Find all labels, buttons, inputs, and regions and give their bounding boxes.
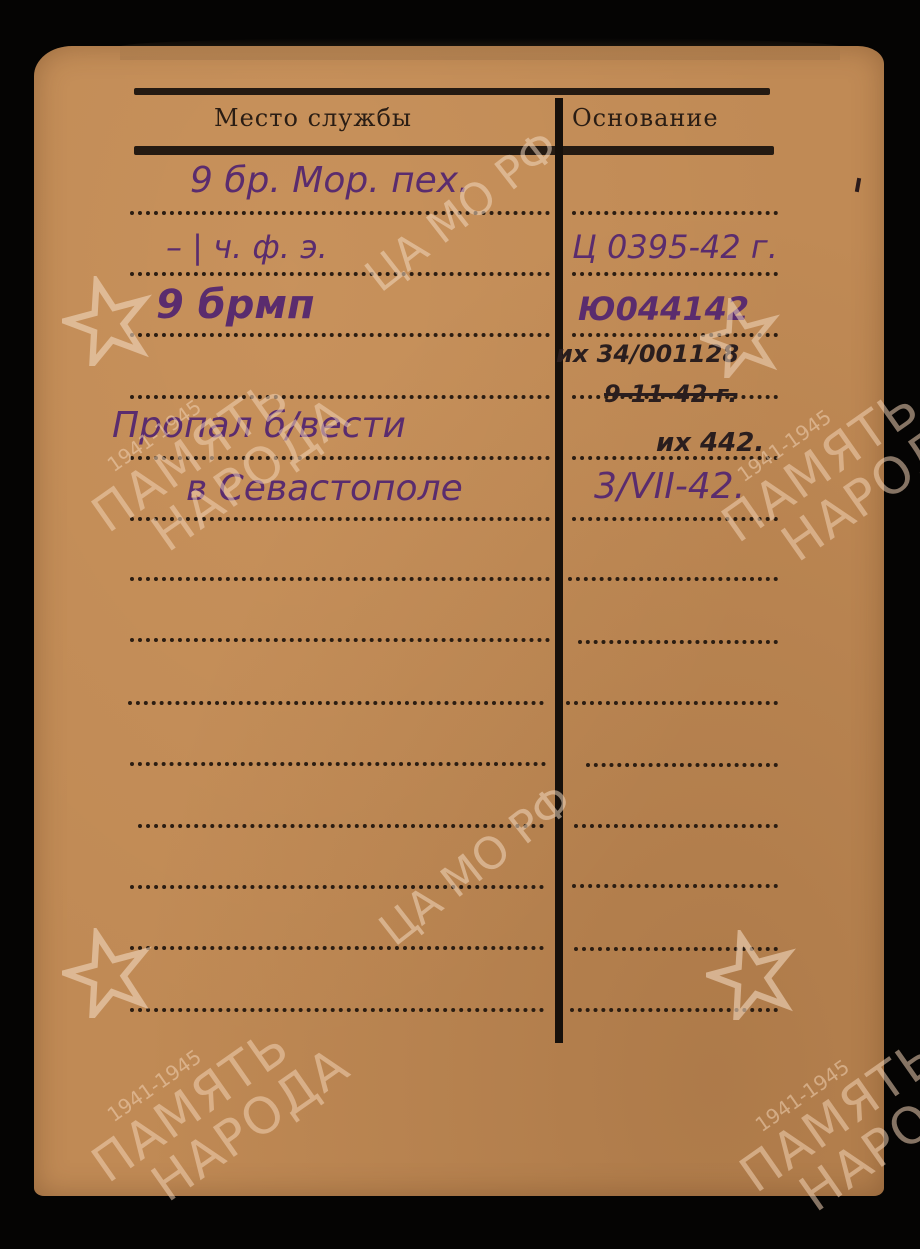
dotted-line: [130, 1008, 544, 1012]
basis-ref-3: их 34/001128: [556, 340, 739, 368]
dotted-line: [130, 333, 550, 337]
dotted-line: [586, 763, 778, 767]
dotted-line: [128, 701, 544, 705]
dotted-line: [568, 577, 778, 581]
column-header-place-of-service: Место службы: [214, 104, 412, 132]
column-divider: [555, 98, 563, 1043]
entry-unit: 9 бр. Мор. пех.: [190, 160, 470, 201]
dotted-line: [130, 577, 550, 581]
column-header-basis: Основание: [572, 104, 719, 132]
dotted-line: [572, 272, 778, 276]
entry-location: в Севастополе: [186, 468, 463, 509]
dotted-line: [572, 517, 778, 521]
dotted-line: [566, 701, 778, 705]
dotted-line: [578, 640, 778, 644]
dotted-line: [130, 517, 550, 521]
dotted-line: [572, 884, 778, 888]
basis-ref-4: их 442.: [656, 428, 764, 458]
dotted-line: [574, 824, 778, 828]
dotted-line: [130, 762, 546, 766]
dotted-line: [130, 272, 550, 276]
dotted-line: [130, 456, 550, 460]
dotted-line: [572, 333, 778, 337]
entry-status: Пропал б/вести: [112, 405, 406, 446]
header-top-rule: [134, 88, 770, 95]
dotted-line: [130, 638, 550, 642]
basis-ref-2: Ю044142: [578, 290, 749, 328]
basis-date-struck: 9-11-42 г.: [604, 380, 737, 408]
dotted-line: [570, 1008, 778, 1012]
header-bottom-rule: [134, 146, 774, 155]
dotted-line: [572, 211, 778, 215]
dotted-line: [574, 947, 778, 951]
dotted-line: [130, 395, 550, 399]
entry-unit-continued: – | ч. ф. э.: [166, 228, 328, 266]
entry-unit-abbrev: 9 брмп: [156, 282, 315, 328]
basis-date: 3/VII-42.: [594, 466, 745, 507]
dotted-line: [130, 946, 544, 950]
paper-top-edge: [120, 38, 840, 60]
basis-ref-1: Ц 0395-42 г.: [572, 228, 778, 266]
